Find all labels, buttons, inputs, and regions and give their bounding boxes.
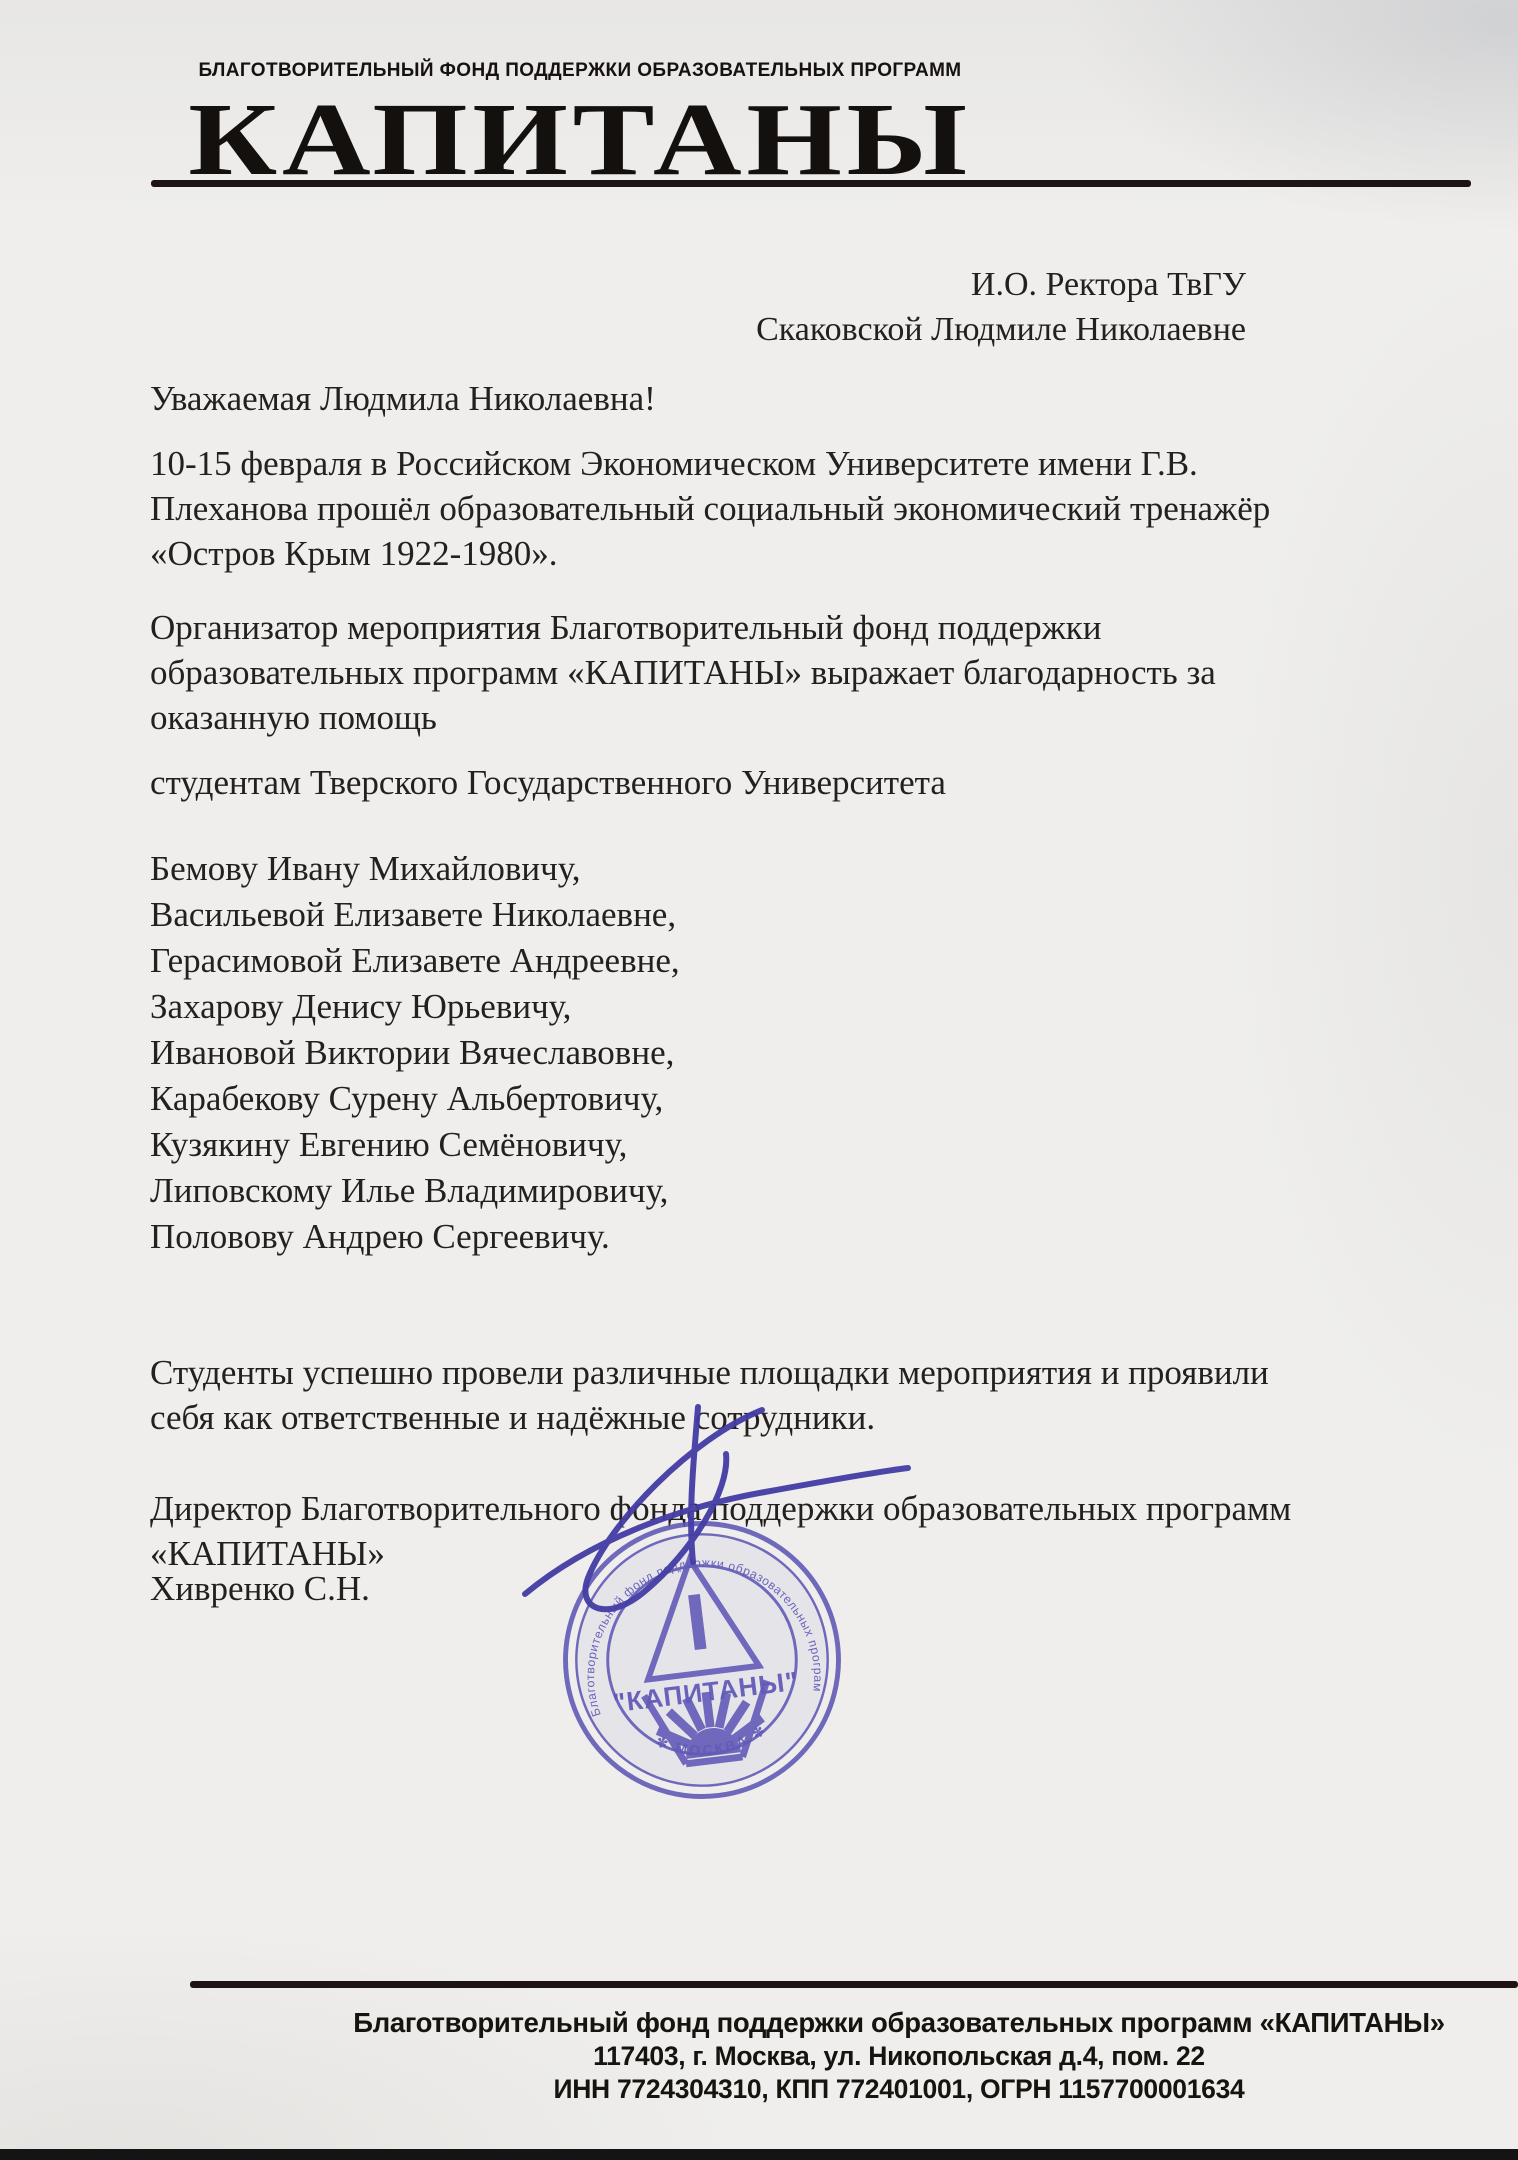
- director-signature: [430, 1372, 970, 1662]
- student-name-item: Бемову Ивану Михайловичу,: [150, 846, 680, 892]
- footer-rule: [190, 1981, 1518, 1988]
- footer-block: Благотворительный фонд поддержки образов…: [299, 2006, 1499, 2106]
- body-line: образовательных программ «КАПИТАНЫ» выра…: [150, 650, 1216, 695]
- footer-org-line: Благотворительный фонд поддержки образов…: [299, 2006, 1499, 2040]
- student-name-item: Герасимовой Елизавете Андреевне,: [150, 938, 680, 984]
- paragraph-event: 10-15 февраля в Российском Экономическом…: [150, 441, 1270, 576]
- footer-address-line: 117403, г. Москва, ул. Никопольская д.4,…: [299, 2040, 1499, 2073]
- letterhead: БЛАГОТВОРИТЕЛЬНЫЙ ФОНД ПОДДЕРЖКИ ОБРАЗОВ…: [90, 60, 1070, 192]
- student-names-list: Бемову Ивану Михайловичу, Васильевой Ели…: [150, 846, 680, 1260]
- scan-edge-bar: [0, 2149, 1518, 2160]
- body-line: Организатор мероприятия Благотворительны…: [150, 605, 1216, 650]
- letterhead-org-line: БЛАГОТВОРИТЕЛЬНЫЙ ФОНД ПОДДЕРЖКИ ОБРАЗОВ…: [90, 60, 1070, 82]
- body-line: 10-15 февраля в Российском Экономическом…: [150, 441, 1270, 486]
- student-name-item: Кузякину Евгению Семёновичу,: [150, 1122, 680, 1168]
- recipient-block: И.О. Ректора ТвГУ Скаковской Людмиле Ник…: [600, 262, 1246, 352]
- letterhead-rule: [151, 180, 1471, 187]
- student-name-item: Половову Андрею Сергеевичу.: [150, 1214, 680, 1260]
- scanned-letter-page: БЛАГОТВОРИТЕЛЬНЫЙ ФОНД ПОДДЕРЖКИ ОБРАЗОВ…: [0, 0, 1518, 2160]
- body-line: оказанную помощь: [150, 695, 1216, 740]
- student-name-item: Захарову Денису Юрьевичу,: [150, 984, 680, 1030]
- students-intro-line: студентам Тверского Государственного Уни…: [150, 760, 946, 805]
- footer-requisites-line: ИНН 7724304310, КПП 772401001, ОГРН 1157…: [299, 2073, 1499, 2106]
- recipient-position: И.О. Ректора ТвГУ: [600, 262, 1246, 307]
- paragraph-gratitude: Организатор мероприятия Благотворительны…: [150, 605, 1216, 740]
- student-name-item: Липовскому Илье Владимировичу,: [150, 1168, 680, 1214]
- signer-name: Хивренко С.Н.: [150, 1566, 370, 1611]
- student-name-item: Карабекову Сурену Альбертовичу,: [150, 1076, 680, 1122]
- letterhead-title: КАПИТАНЫ: [188, 88, 972, 192]
- student-name-item: Ивановой Виктории Вячеславовне,: [150, 1030, 680, 1076]
- letterhead-title-wrap: КАПИТАНЫ: [90, 88, 1070, 192]
- body-line: «Остров Крым 1922-1980».: [150, 531, 1270, 576]
- student-name-item: Васильевой Елизавете Николаевне,: [150, 892, 680, 938]
- salutation: Уважаемая Людмила Николаевна!: [150, 376, 656, 421]
- body-line: Плеханова прошёл образовательный социаль…: [150, 486, 1270, 531]
- recipient-name: Скаковской Людмиле Николаевне: [600, 307, 1246, 352]
